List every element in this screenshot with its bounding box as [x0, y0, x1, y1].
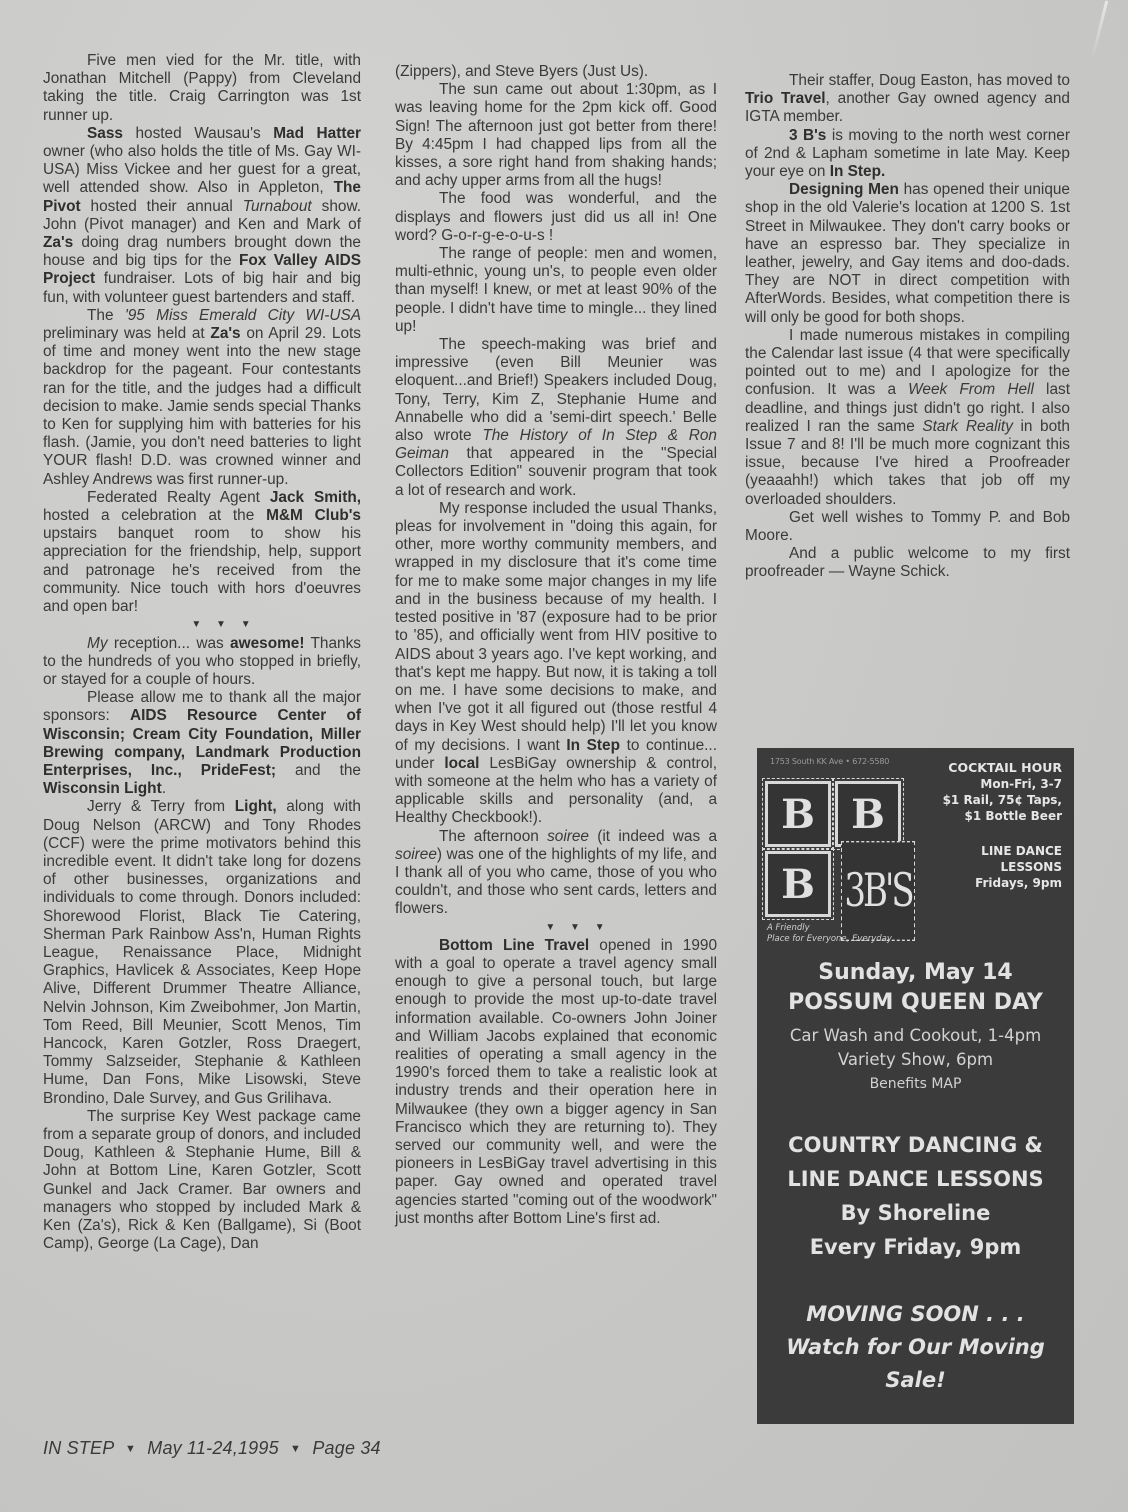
column-3: Their staffer, Doug Easton, has moved to… [745, 72, 1070, 582]
section-separator-icon: ▼ ▼ ▼ [43, 616, 361, 634]
paragraph: The food was wonderful, and the displays… [395, 190, 717, 245]
publication-name: IN STEP [43, 1438, 114, 1458]
paragraph: The afternoon soiree (it indeed was a so… [395, 828, 717, 919]
paragraph: The '95 Miss Emerald City WI-USA prelimi… [43, 307, 361, 489]
section-separator-icon: ▼ ▼ ▼ [395, 919, 717, 937]
logo-tile: B [765, 851, 831, 917]
triangle-separator-icon: ▼ [290, 1443, 301, 1455]
moving-soon-notice: MOVING SOON . . . Watch for Our Moving S… [757, 1298, 1074, 1397]
paragraph: The speech-making was brief and impressi… [395, 336, 717, 500]
column-1: Five men vied for the Mr. title, with Jo… [43, 52, 361, 1253]
line-dance-info: LINE DANCE LESSONS Fridays, 9pm [975, 843, 1062, 891]
ad-tagline: A Friendly Place for Everyone, Everyday [767, 923, 892, 944]
column-2: (Zippers), and Steve Byers (Just Us). Th… [395, 63, 717, 1228]
paragraph: My response included the usual Thanks, p… [395, 500, 717, 828]
logo-tile: B [835, 781, 901, 847]
event-details: Car Wash and Cookout, 1-4pm Variety Show… [757, 1024, 1074, 1096]
paragraph: The range of people: men and women, mult… [395, 245, 717, 336]
paragraph: Designing Men has opened their unique sh… [745, 181, 1070, 327]
paragraph: Their staffer, Doug Easton, has moved to… [745, 72, 1070, 127]
paragraph: Get well wishes to Tommy P. and Bob Moor… [745, 509, 1070, 545]
paragraph: Jerry & Terry from Light, along with Dou… [43, 798, 361, 1107]
cocktail-hour-info: COCKTAIL HOUR Mon-Fri, 3-7 $1 Rail, 75¢ … [943, 760, 1062, 824]
paragraph: (Zippers), and Steve Byers (Just Us). [395, 63, 717, 81]
page-footer: IN STEP ▼ May 11-24,1995 ▼ Page 34 [43, 1438, 381, 1459]
paragraph: My reception... was awesome! Thanks to t… [43, 635, 361, 690]
event-heading: Sunday, May 14 POSSUM QUEEN DAY [757, 958, 1074, 1018]
3bs-logo: B B B 3B'S [765, 781, 923, 931]
triangle-separator-icon: ▼ [125, 1443, 136, 1455]
paragraph: The surprise Key West package came from … [43, 1108, 361, 1254]
country-dancing-info: COUNTRY DANCING & LINE DANCE LESSONS By … [757, 1128, 1074, 1264]
issue-date: May 11-24,1995 [147, 1438, 279, 1458]
page-number: Page 34 [312, 1438, 380, 1458]
paragraph: I made numerous mistakes in compiling th… [745, 327, 1070, 509]
paragraph: Bottom Line Travel opened in 1990 with a… [395, 937, 717, 1228]
paragraph: Five men vied for the Mr. title, with Jo… [43, 52, 361, 125]
3bs-advertisement: 1753 South KK Ave • 672-5580 B B B 3B'S … [757, 748, 1074, 1424]
paragraph: And a public welcome to my first proofre… [745, 545, 1070, 581]
ad-address: 1753 South KK Ave • 672-5580 [770, 757, 889, 766]
paper-crease [1091, 1, 1108, 60]
paragraph: Please allow me to thank all the major s… [43, 689, 361, 798]
paragraph: Sass hosted Wausau's Mad Hatter owner (w… [43, 125, 361, 307]
paragraph: The sun came out about 1:30pm, as I was … [395, 81, 717, 190]
paragraph: Federated Realty Agent Jack Smith, hoste… [43, 489, 361, 616]
logo-tile: B [765, 781, 831, 847]
paragraph: 3 B's is moving to the north west corner… [745, 127, 1070, 182]
